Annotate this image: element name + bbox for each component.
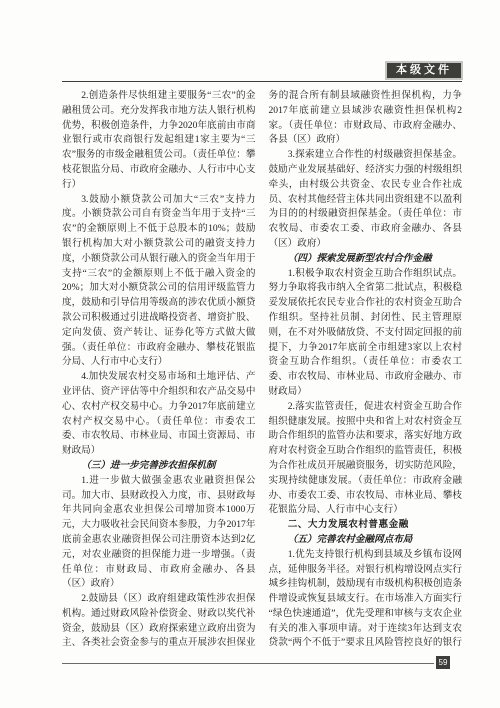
paragraph: 1.进一步做大做强金惠农业融资担保公司。加大市、县财政投入力度，市、县财政每年共… [62,474,256,592]
header-rule [62,81,462,82]
section-main-heading: 二、大力发展农村普惠金融 [269,518,463,533]
section-sub-heading: （五）完善农村金融网点布局 [269,533,463,548]
classification-tag-label: 本级文件 [396,64,452,76]
document-body: 2.创造条件尽快组建主要服务“三农”的金融租赁公司。充分发挥我市地方法人银行机构… [62,89,462,657]
paragraph: 3.探索建立合作性的村级融资担保基金。鼓励产业发展基础好、经济实力强的村级组织牵… [269,148,463,252]
paragraph: 4.加快发展农村交易市场和土地评估、产业评估、资产评估等中介组织和农产品交易中心… [62,370,256,459]
page-number-badge: 59 [436,656,450,669]
paragraph: 3.鼓励小额贷款公司加大“三农”支持力度。小额贷款公司自有资金当年用于支持“三农… [62,193,256,371]
document-page: 本级文件 2.创造条件尽快组建主要服务“三农”的金融租赁公司。充分发挥我市地方法… [0,0,500,708]
section-sub-heading: （三）进一步完善涉农担保机制 [62,459,256,474]
paragraph: 2.落实监管责任，促进农村资金互助合作组织健康发展。按照中央和省上对农村资金互助… [269,400,463,518]
page-number: 59 [439,658,448,667]
classification-tag: 本级文件 [385,61,463,80]
paragraph: 2.创造条件尽快组建主要服务“三农”的金融租赁公司。充分发挥我市地方法人银行机构… [62,89,256,193]
footer-rule [62,663,434,664]
section-sub-heading: （四）探索发展新型农村合作金融 [269,252,463,267]
paragraph: 1.积极争取农村资金互助合作组织试点。努力争取将我市纳入全省第二批试点，积极稳妥… [269,267,463,400]
